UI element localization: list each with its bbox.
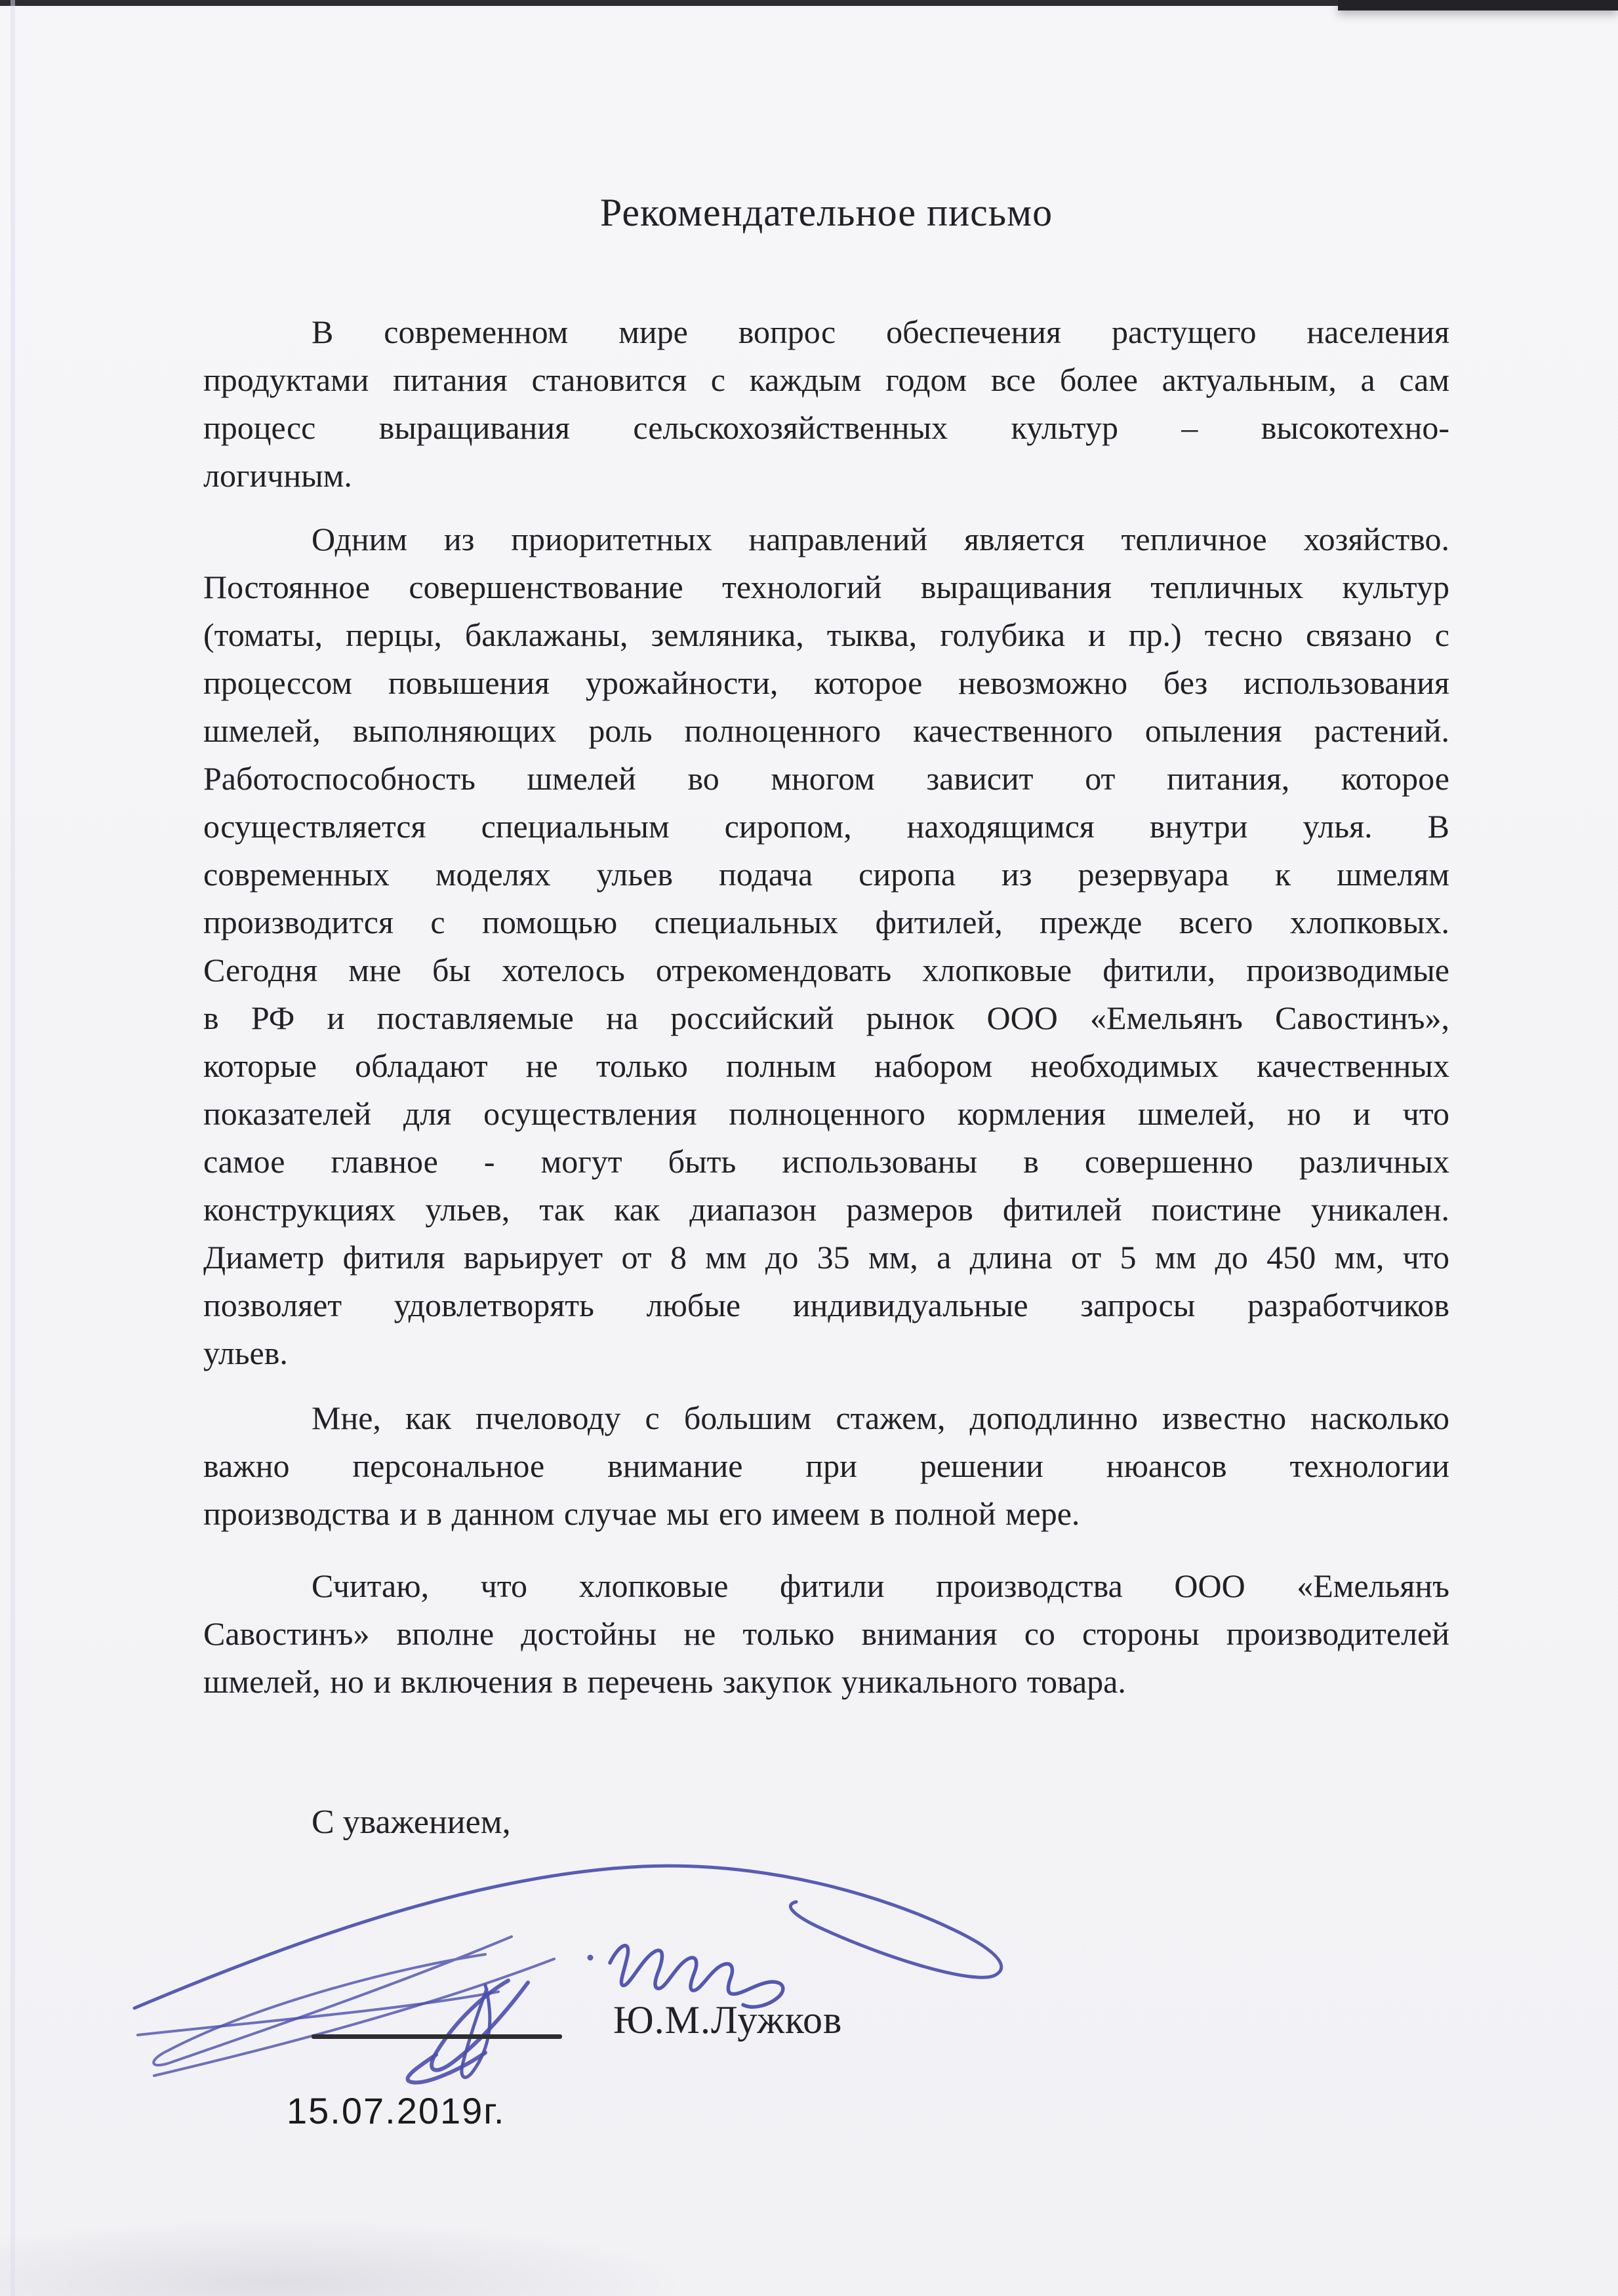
- letter-line: Сегодня мне бы хотелось отрекомендовать …: [203, 946, 1449, 994]
- letter-line: логичным.: [203, 452, 1449, 500]
- signature-line: [312, 2034, 562, 2039]
- paragraph-3: Мне, как пчеловоду с большим стажем, доп…: [203, 1394, 1449, 1538]
- letter-line: Диаметр фитиля варьирует от 8 мм до 35 м…: [203, 1234, 1449, 1281]
- scanned-letter-page: Рекомендательное письмо В современном ми…: [0, 0, 1618, 2296]
- letter-line: процессом повышения урожайности, которое…: [203, 659, 1449, 707]
- letter-line: важно персональное внимание при решении …: [203, 1442, 1449, 1490]
- letter-line: продуктами питания становится с каждым г…: [203, 356, 1449, 404]
- letter-line: процесс выращивания сельскохозяйственных…: [203, 404, 1449, 452]
- handwritten-signature: [92, 1846, 1115, 2108]
- letter-date: 15.07.2019г.: [287, 2089, 505, 2132]
- letter-line: производства и в данном случае мы его им…: [203, 1490, 1449, 1538]
- letter-line: Постоянное совершенствование технологий …: [203, 563, 1449, 611]
- letter-line: шмелей, но и включения в перечень закупо…: [203, 1658, 1449, 1706]
- letter-line: В современном мире вопрос обеспечения ра…: [203, 308, 1449, 356]
- paragraph-4: Считаю, что хлопковые фитили производств…: [203, 1562, 1449, 1706]
- signature-ink-dot: [588, 1955, 594, 1961]
- letter-line: Работоспособность шмелей во многом завис…: [203, 755, 1449, 803]
- letter-line: осуществляется специальным сиропом, нахо…: [203, 803, 1449, 851]
- letter-line: в РФ и поставляемые на российский рынок …: [203, 994, 1449, 1042]
- letter-line: показателей для осуществления полноценно…: [203, 1090, 1449, 1138]
- paragraph-2: Одним из приоритетных направлений являет…: [203, 515, 1449, 1377]
- scan-edge-artifact-top-right: [1338, 0, 1618, 10]
- signature-stroke-sweep-loop: [134, 1866, 1001, 2008]
- letter-line: шмелей, выполняющих роль полноценного ка…: [203, 707, 1449, 755]
- signatory-name: Ю.М.Лужков: [613, 1998, 842, 2043]
- letter-line: самое главное - могут быть использованы …: [203, 1138, 1449, 1186]
- letter-line: Считаю, что хлопковые фитили производств…: [203, 1562, 1449, 1610]
- closing-salutation: С уважением,: [203, 1798, 1449, 1846]
- paragraph-1: В современном мире вопрос обеспечения ра…: [203, 308, 1449, 500]
- letter-line: Савостинъ» вполне достойны не только вни…: [203, 1610, 1449, 1658]
- signature-stroke-diagonal-1: [153, 1937, 512, 2065]
- scan-fold-line-artifact: [10, 0, 15, 2296]
- letter-line: Мне, как пчеловоду с большим стажем, доп…: [203, 1394, 1449, 1442]
- letter-line: ульев.: [203, 1329, 1449, 1377]
- letter-line: позволяет удовлетворять любые индивидуал…: [203, 1281, 1449, 1329]
- letter-title: Рекомендательное письмо: [203, 189, 1449, 237]
- letter-line: (томаты, перцы, баклажаны, земляника, ты…: [203, 611, 1449, 659]
- letter-line: современных моделях ульев подача сиропа …: [203, 851, 1449, 898]
- letter-line: конструкциях ульев, так как диапазон раз…: [203, 1186, 1449, 1234]
- letter-line: производится с помощью специальных фитил…: [203, 898, 1449, 946]
- letter-line: которые обладают не только полным наборо…: [203, 1042, 1449, 1090]
- letter-line: Одним из приоритетных направлений являет…: [203, 515, 1449, 563]
